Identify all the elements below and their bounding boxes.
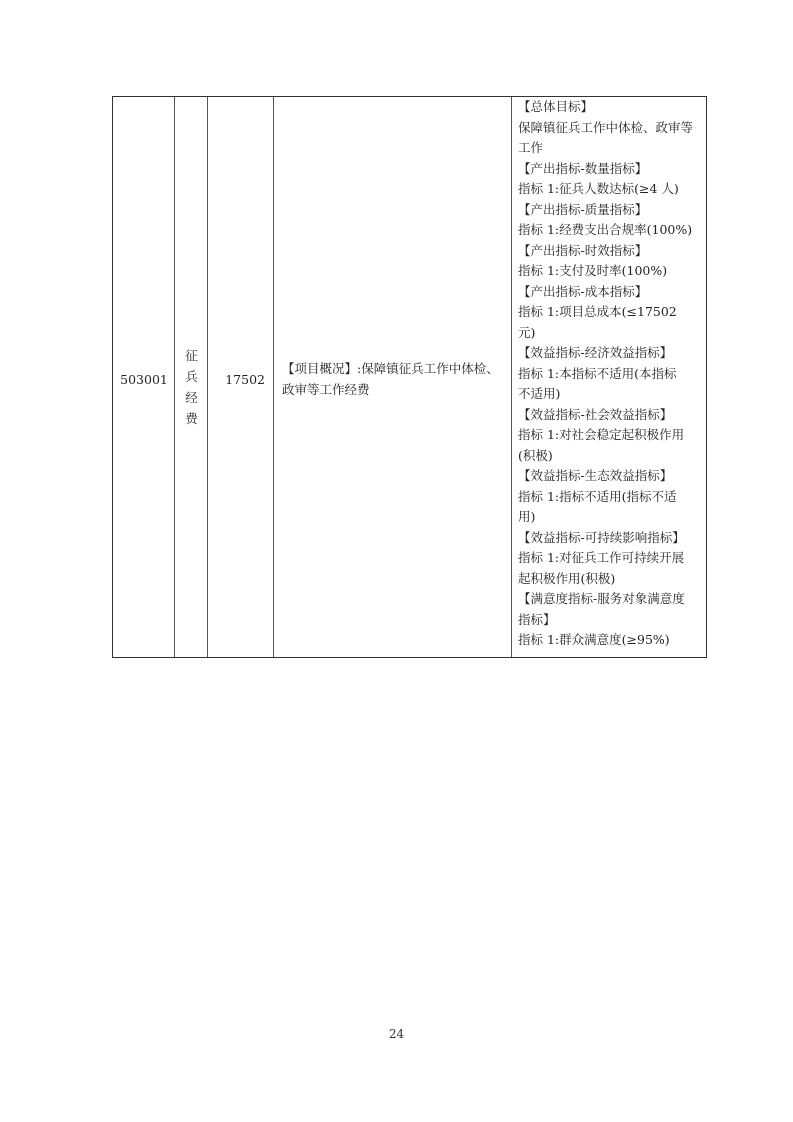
name-cell: 征 兵 经 费 <box>175 97 208 657</box>
target-line: 【效益指标-经济效益指标】 <box>518 343 705 364</box>
project-name-char: 征 <box>175 345 208 366</box>
performance-targets-cell: 【总体目标】保障镇征兵工作中体检、政审等工作【产出指标-数量指标】指标 1:征兵… <box>512 97 707 657</box>
code-cell: 503001 <box>113 97 175 657</box>
target-line: 指标 1:经费支出合规率(100%) <box>518 220 705 241</box>
target-line: 【满意度指标-服务对象满意度 <box>518 589 705 610</box>
target-line: 工作 <box>518 138 705 159</box>
target-line: (积极) <box>518 446 705 467</box>
target-line: 不适用) <box>518 384 705 405</box>
target-line: 【产出指标-数量指标】 <box>518 159 705 180</box>
page-number: 24 <box>0 1027 793 1041</box>
overview-cell: 【项目概况】:保障镇征兵工作中体检、 政审等工作经费 <box>274 97 512 657</box>
budget-table: 503001 征 兵 经 费 17502 【项目概况】:保障镇征兵工作中体检、 … <box>112 96 707 658</box>
target-line: 【总体目标】 <box>518 97 705 118</box>
target-line: 指标 1:对征兵工作可持续开展 <box>518 548 705 569</box>
target-line: 指标 1:本指标不适用(本指标 <box>518 364 705 385</box>
project-overview: 【项目概况】:保障镇征兵工作中体检、 政审等工作经费 <box>282 359 507 400</box>
overview-line: 【项目概况】:保障镇征兵工作中体检、 <box>282 359 507 380</box>
project-name-char: 经 <box>175 387 208 408</box>
project-name: 征 兵 经 费 <box>175 345 208 429</box>
target-line: 指标 1:支付及时率(100%) <box>518 261 705 282</box>
target-line: 用) <box>518 507 705 528</box>
target-line: 指标】 <box>518 610 705 631</box>
project-name-char: 兵 <box>175 366 208 387</box>
target-line: 指标 1:项目总成本(≤17502 <box>518 302 705 323</box>
project-name-char: 费 <box>175 408 208 429</box>
project-amount: 17502 <box>225 370 265 391</box>
target-line: 保障镇征兵工作中体检、政审等 <box>518 118 705 139</box>
target-line: 【产出指标-质量指标】 <box>518 200 705 221</box>
target-line: 【产出指标-时效指标】 <box>518 241 705 262</box>
project-code: 503001 <box>113 370 175 391</box>
target-line: 指标 1:群众满意度(≥95%) <box>518 630 705 651</box>
target-line: 指标 1:对社会稳定起积极作用 <box>518 425 705 446</box>
target-line: 【效益指标-社会效益指标】 <box>518 405 705 426</box>
overview-line: 政审等工作经费 <box>282 380 507 401</box>
target-line: 起积极作用(积极) <box>518 569 705 590</box>
target-line: 指标 1:征兵人数达标(≥4 人) <box>518 179 705 200</box>
performance-targets: 【总体目标】保障镇征兵工作中体检、政审等工作【产出指标-数量指标】指标 1:征兵… <box>518 97 705 651</box>
target-line: 【效益指标-生态效益指标】 <box>518 466 705 487</box>
target-line: 【产出指标-成本指标】 <box>518 282 705 303</box>
target-line: 元) <box>518 323 705 344</box>
amount-cell: 17502 <box>208 97 274 657</box>
target-line: 指标 1:指标不适用(指标不适 <box>518 487 705 508</box>
target-line: 【效益指标-可持续影响指标】 <box>518 528 705 549</box>
